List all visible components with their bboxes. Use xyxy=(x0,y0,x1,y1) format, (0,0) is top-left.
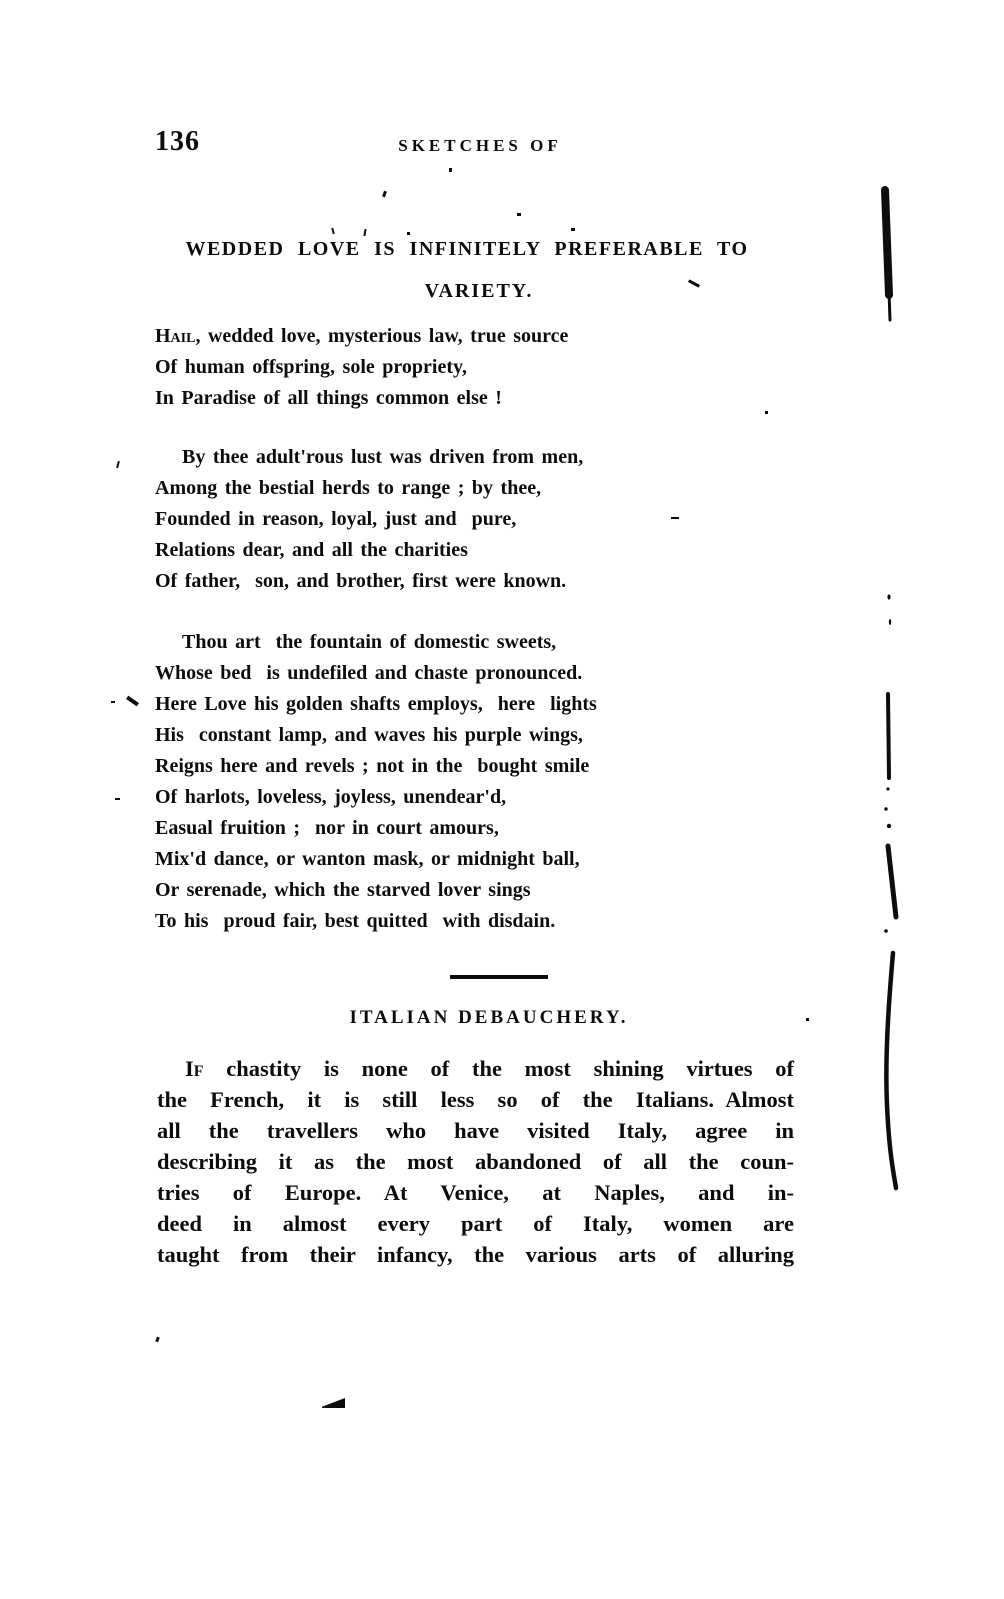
prose-paragraph: If chastity is none of the most shining … xyxy=(157,1053,794,1270)
scan-artifact-speck xyxy=(517,213,521,216)
smallcaps-lead: If xyxy=(185,1056,204,1081)
poem-line: His constant lamp, and waves his purple … xyxy=(155,720,715,751)
page-number: 136 xyxy=(155,126,200,158)
poem-title-line-1: WEDDED LOVE IS INFINITELY PREFERABLE TO xyxy=(185,238,748,261)
scan-artifact-speck xyxy=(363,229,366,236)
poem-line: Here Love his golden shafts employs, her… xyxy=(155,689,715,720)
prose-line: the French, it is still less so of the I… xyxy=(157,1084,794,1115)
poem-line: In Paradise of all things common else ! xyxy=(155,383,715,414)
scan-artifact-stroke xyxy=(688,279,700,287)
scan-artifact-dash xyxy=(671,517,679,519)
scan-artifact-speck xyxy=(155,1337,160,1343)
scan-artifact-smudge xyxy=(322,1398,345,1408)
poem-line: Founded in reason, loyal, just and pure, xyxy=(155,504,715,535)
poem-line: Whose bed is undefiled and chaste pronou… xyxy=(155,658,715,689)
poem-body: Hail, wedded love, mysterious law, true … xyxy=(155,321,715,937)
scan-artifact-dash xyxy=(115,798,120,800)
poem-line: Of harlots, loveless, joyless, unendear'… xyxy=(155,782,715,813)
scan-artifact-speck xyxy=(571,228,575,231)
poem-line: Or serenade, which the starved lover sin… xyxy=(155,875,715,906)
poem-line: Mix'd dance, or wanton mask, or midnight… xyxy=(155,844,715,875)
scan-artifact-speck xyxy=(806,1018,809,1021)
prose-line: tries of Europe. At Venice, at Naples, a… xyxy=(157,1177,794,1208)
prose-line: all the travellers who have visited Ital… xyxy=(157,1115,794,1146)
poem-line: Hail, wedded love, mysterious law, true … xyxy=(155,321,715,352)
scan-artifact-right-margin-line xyxy=(868,180,908,1195)
scan-artifact-speck xyxy=(382,191,387,198)
poem-line: Of father, son, and brother, first were … xyxy=(155,566,715,597)
scanned-book-page: 136 SKETCHES OF WEDDED LOVE IS INFINITEL… xyxy=(0,0,1004,1599)
scan-artifact-dash xyxy=(111,701,115,703)
prose-line: describing it as the most abandoned of a… xyxy=(157,1146,794,1177)
poem-stanza: Hail, wedded love, mysterious law, true … xyxy=(155,321,715,414)
poem-line: Of human offspring, sole propriety, xyxy=(155,352,715,383)
poem-line: Reigns here and revels ; not in the boug… xyxy=(155,751,715,782)
scan-artifact-stroke xyxy=(126,696,139,707)
prose-heading: ITALIAN DEBAUCHERY. xyxy=(349,1007,628,1029)
poem-line: By thee adult'rous lust was driven from … xyxy=(155,442,715,473)
smallcaps-lead: Hail, xyxy=(155,325,200,347)
scan-artifact-speck xyxy=(116,461,120,468)
poem-stanza: Thou art the fountain of domestic sweets… xyxy=(155,627,715,937)
running-header: SKETCHES OF xyxy=(398,136,562,156)
poem-line: Relations dear, and all the charities xyxy=(155,535,715,566)
poem-title-line-2: VARIETY. xyxy=(425,280,534,303)
poem-line: Thou art the fountain of domestic sweets… xyxy=(155,627,715,658)
prose-line: taught from their infancy, the various a… xyxy=(157,1239,794,1270)
scan-artifact-speck xyxy=(765,411,768,414)
scan-artifact-speck xyxy=(449,168,452,172)
prose-line: deed in almost every part of Italy, wome… xyxy=(157,1208,794,1239)
prose-line: If chastity is none of the most shining … xyxy=(157,1053,794,1084)
poem-line: Easual fruition ; nor in court amours, xyxy=(155,813,715,844)
scan-artifact-speck xyxy=(331,228,334,234)
poem-stanza: By thee adult'rous lust was driven from … xyxy=(155,442,715,597)
section-divider xyxy=(450,975,548,979)
poem-line: Among the bestial herds to range ; by th… xyxy=(155,473,715,504)
poem-line: To his proud fair, best quitted with dis… xyxy=(155,906,715,937)
scan-artifact-speck xyxy=(407,232,410,235)
